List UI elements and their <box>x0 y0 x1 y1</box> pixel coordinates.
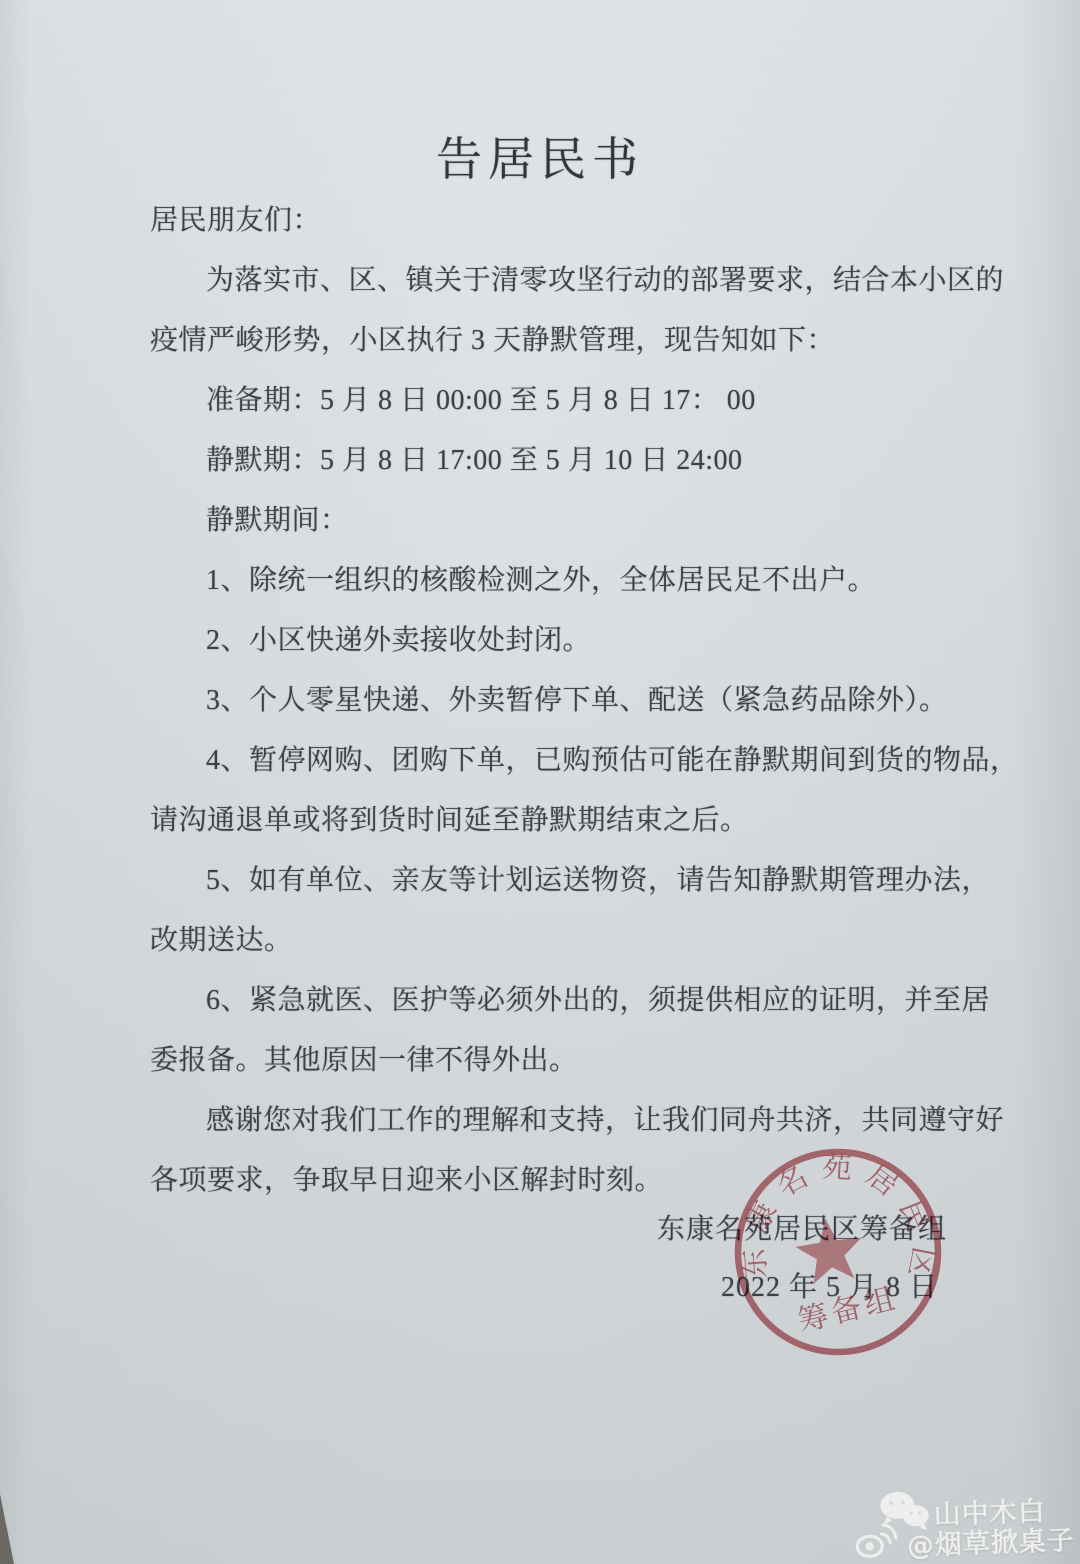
body-line: 2、小区快递外卖接收处封闭。 <box>150 611 960 671</box>
notice-body: 居民朋友们： 为落实市、区、镇关于清零攻坚行动的部署要求，结合本小区的 疫情严峻… <box>0 191 1080 1211</box>
body-line: 6、紧急就医、医护等必须外出的，须提供相应的证明，并至居 <box>150 971 960 1031</box>
body-line: 疫情严峻形势，小区执行 3 天静默管理，现告知如下： <box>150 311 960 371</box>
body-line: 静默期间： <box>150 491 960 551</box>
photo-corner-shadow <box>0 1494 14 1564</box>
watermark-weibo-handle: @烟草掀桌子 <box>906 1518 1075 1563</box>
weibo-icon <box>852 1520 899 1560</box>
body-line: 准备期：5 月 8 日 00:00 至 5 月 8 日 17： 00 <box>150 371 960 431</box>
body-line: 3、个人零星快递、外卖暂停下单、配送（紧急药品除外）。 <box>150 671 960 731</box>
body-line: 委报备。其他原因一律不得外出。 <box>150 1031 960 1091</box>
seal-star-icon <box>792 1214 867 1286</box>
page-title: 告居民书 <box>0 132 1080 188</box>
seal-bottom-text: 筹备组 <box>795 1282 902 1339</box>
notice-photo: 告居民书 居民朋友们： 为落实市、区、镇关于清零攻坚行动的部署要求，结合本小区的… <box>0 0 1080 1564</box>
social-watermark: 山中木白 @烟草掀桌子 <box>849 1476 1080 1564</box>
body-line: 静默期：5 月 8 日 17:00 至 5 月 10 日 24:00 <box>150 431 960 491</box>
body-line: 4、暂停网购、团购下单，已购预估可能在静默期间到货的物品， <box>150 731 960 791</box>
body-line: 为落实市、区、镇关于清零攻坚行动的部署要求，结合本小区的 <box>150 251 960 311</box>
body-line: 5、如有单位、亲友等计划运送物资，请告知静默期管理办法， <box>150 851 960 911</box>
official-seal-stamp: 东康名苑居民区 筹备组 <box>708 1122 968 1382</box>
body-line: 改期送达。 <box>150 911 960 971</box>
body-line: 请沟通退单或将到货时间延至静默期结束之后。 <box>150 791 960 851</box>
body-line: 1、除统一组织的核酸检测之外，全体居民足不出户。 <box>150 551 960 611</box>
body-line: 居民朋友们： <box>150 191 960 251</box>
